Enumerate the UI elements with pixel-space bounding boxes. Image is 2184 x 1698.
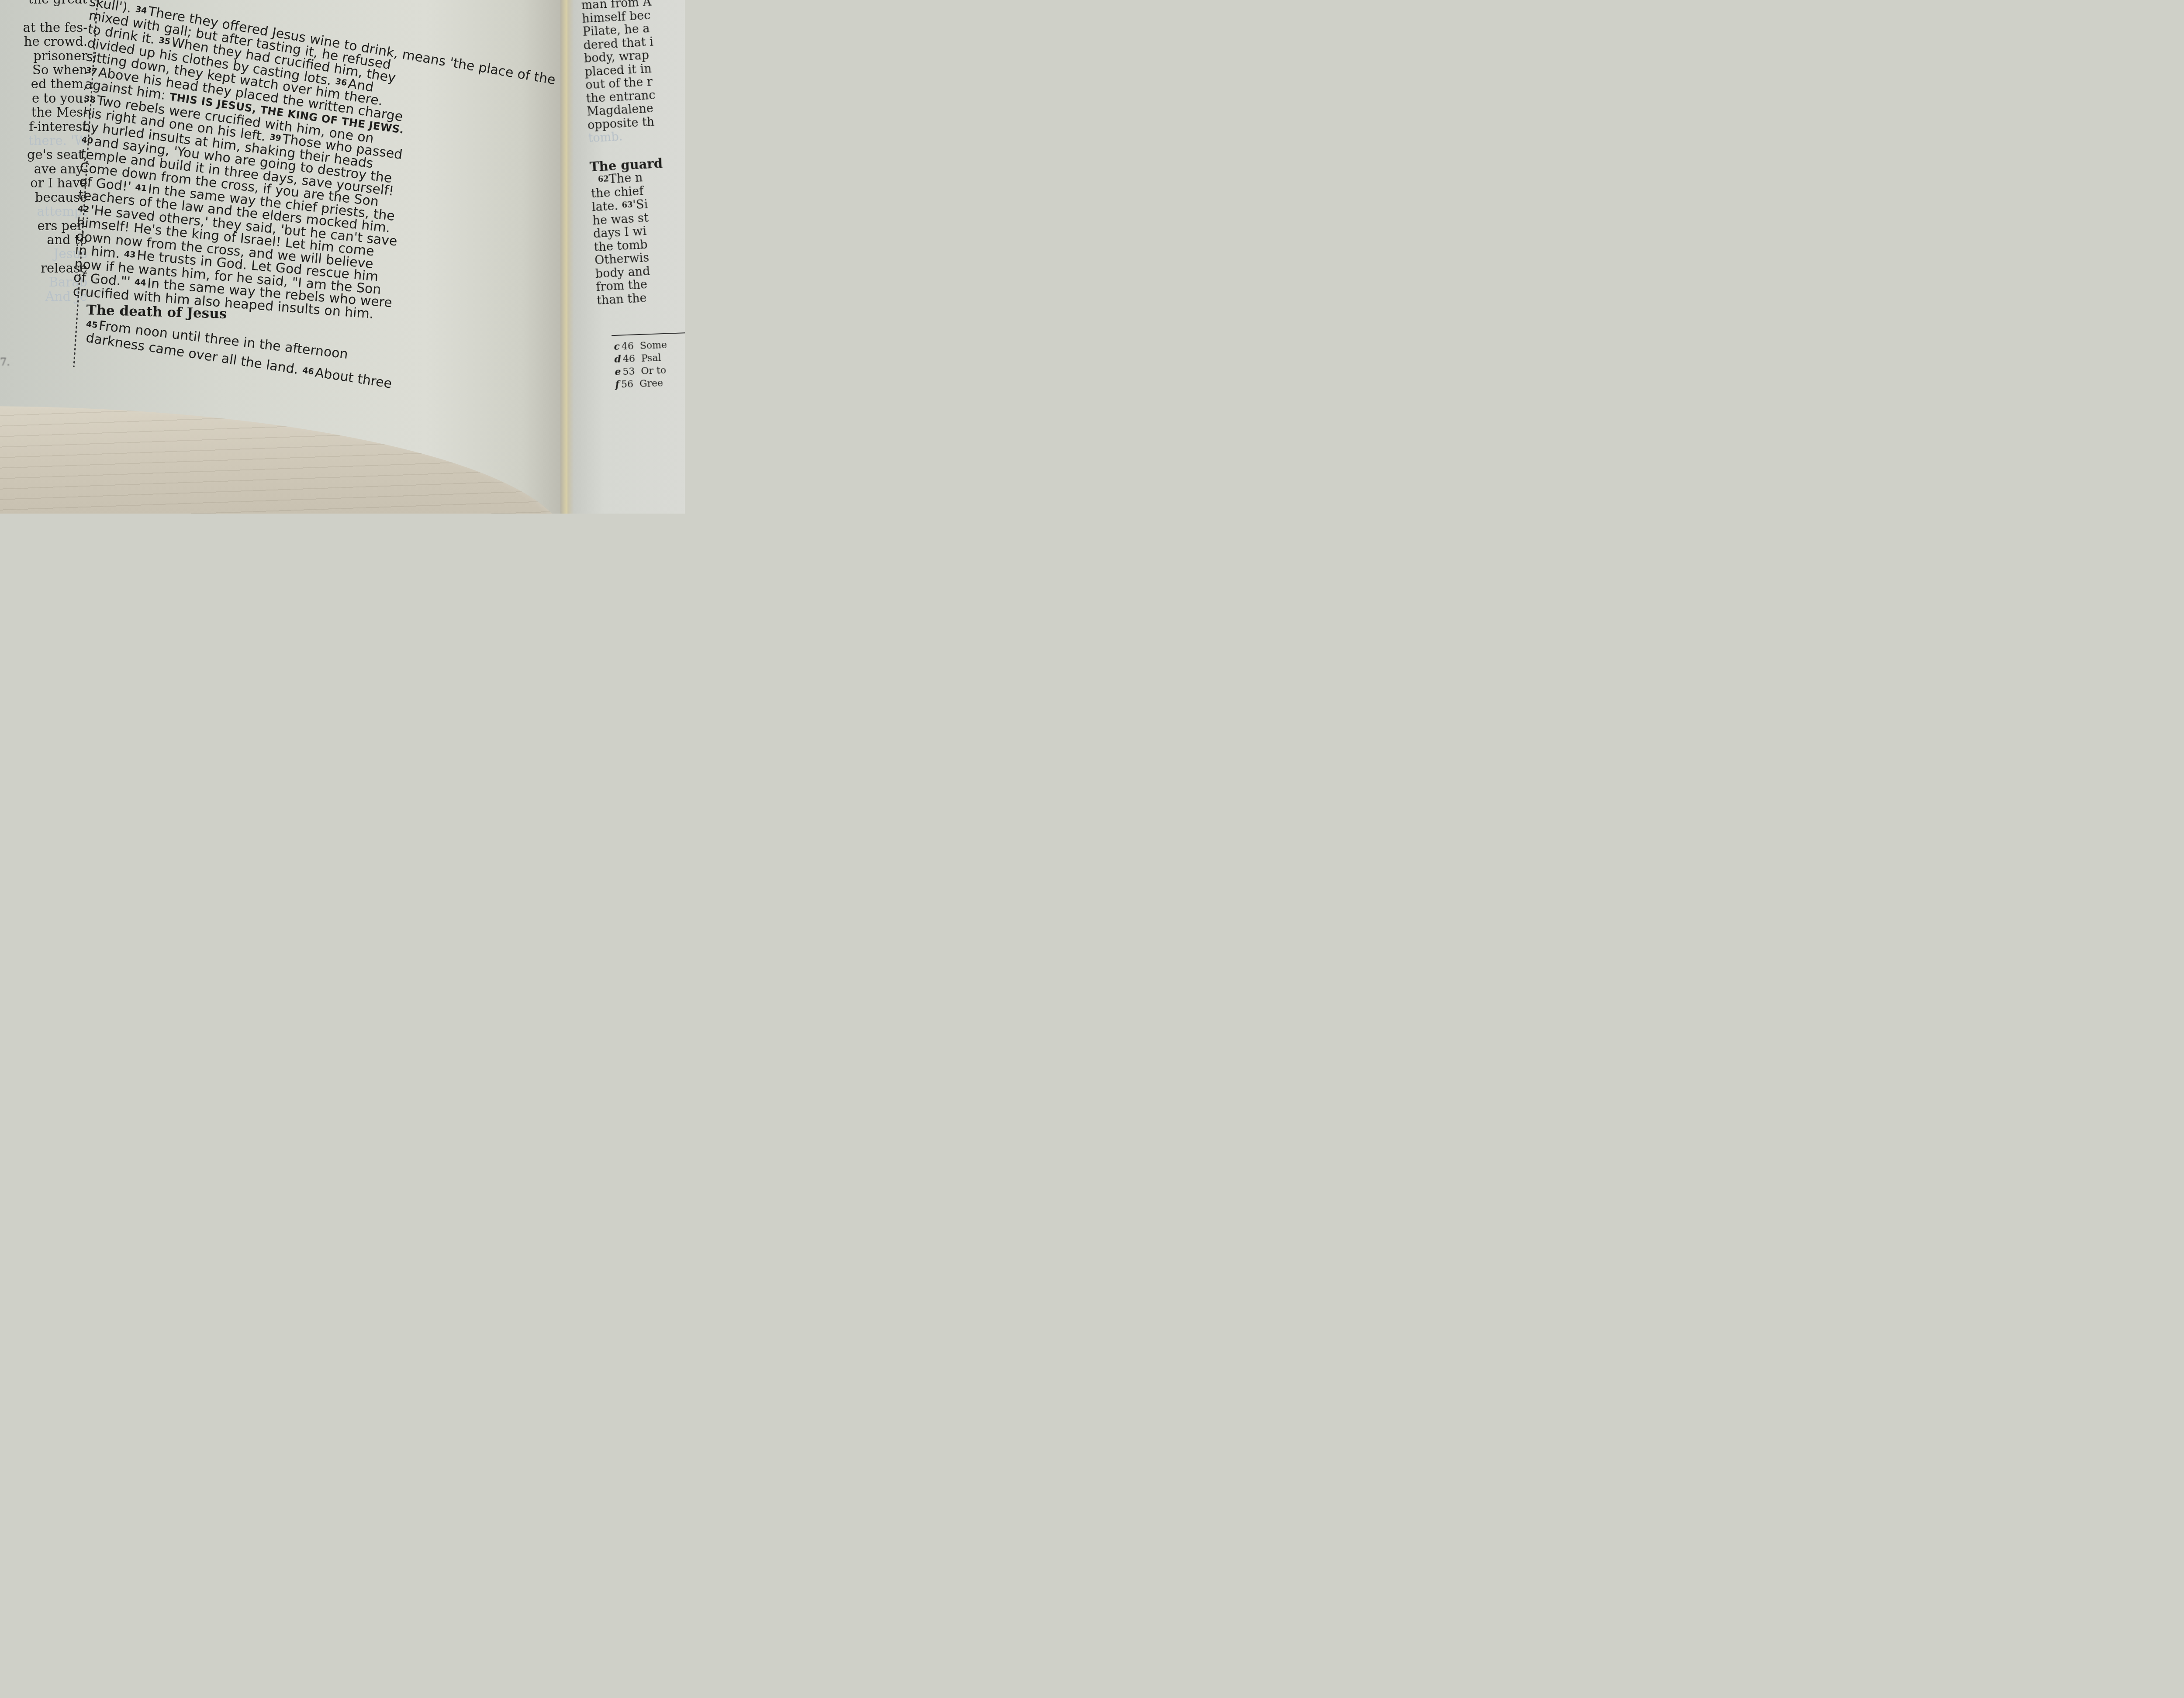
footnote: f56Gree bbox=[615, 377, 669, 391]
verse-number: 44 bbox=[134, 277, 146, 288]
verse-number: 39 bbox=[269, 132, 282, 143]
verse-number: 35 bbox=[158, 35, 171, 47]
verse-number: 46 bbox=[302, 366, 314, 377]
text-run: late. bbox=[591, 199, 622, 214]
footnote: e53Or to bbox=[615, 364, 668, 379]
footnote: d46Psal bbox=[614, 352, 668, 366]
book-gutter bbox=[560, 0, 574, 514]
verse-number: 42 bbox=[77, 204, 90, 214]
verse-number: 37 bbox=[85, 66, 97, 77]
main-text-column: skull'). 34There they offered Jesus wine… bbox=[86, 0, 535, 349]
footnote-ref: 46 bbox=[622, 353, 635, 365]
right-text-column: man from Ahimself becPilate, he adered t… bbox=[581, 0, 685, 307]
footnote-letter: f bbox=[615, 379, 619, 390]
footnote-ref: 46 bbox=[621, 341, 634, 352]
footnote-letter: e bbox=[615, 366, 621, 377]
verse-number: 38 bbox=[83, 93, 96, 104]
verse-number: 62 bbox=[598, 174, 609, 184]
footnote-text: Or to bbox=[641, 365, 666, 377]
footnote-text: Psal bbox=[641, 352, 661, 364]
footnote-text: Some bbox=[639, 340, 667, 352]
verse-number: 63 bbox=[622, 200, 633, 210]
verse-number: 43 bbox=[124, 249, 136, 260]
footnote-ref: 53 bbox=[622, 366, 635, 377]
text-run: than the bbox=[596, 291, 647, 307]
verse-number: 40 bbox=[81, 135, 93, 146]
text-run: 'Si bbox=[632, 198, 648, 212]
footnote-letter: d bbox=[614, 353, 621, 365]
book-photo: the great.at the fes-he crowd.prisonerSo… bbox=[0, 0, 685, 514]
page-marker: 7. bbox=[0, 356, 10, 368]
footnote: c46Some bbox=[614, 339, 667, 353]
text-run: The n bbox=[608, 171, 643, 186]
verse-number: 34 bbox=[135, 4, 148, 16]
verse-number: 41 bbox=[135, 183, 147, 193]
footnote-ref: 56 bbox=[621, 379, 634, 390]
footnote-letter: c bbox=[614, 341, 620, 352]
footnote-text: Gree bbox=[639, 378, 663, 390]
verse-number: 36 bbox=[335, 76, 348, 88]
verse-number: 45 bbox=[86, 319, 98, 330]
footnotes: c46Somed46Psale53Or tof56Gree bbox=[614, 339, 669, 391]
